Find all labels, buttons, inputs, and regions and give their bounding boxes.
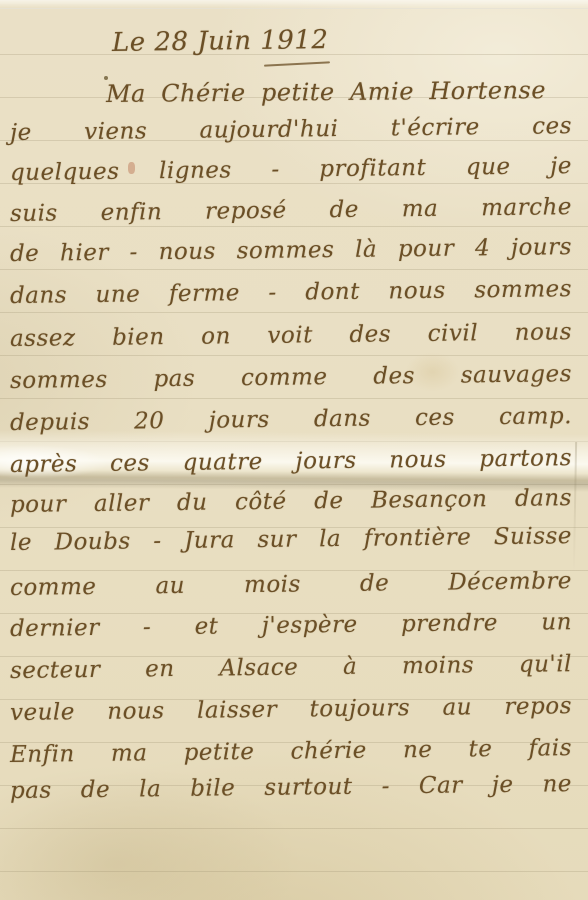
paper-top-edge (0, 0, 588, 9)
letter-page: Le 28 Juin 1912 Ma Chérie petite Amie Ho… (0, 0, 588, 900)
date-line: Le 28 Juin 1912 (112, 25, 329, 58)
salutation-line: Ma Chérie petite Amie Hortense (106, 76, 546, 108)
